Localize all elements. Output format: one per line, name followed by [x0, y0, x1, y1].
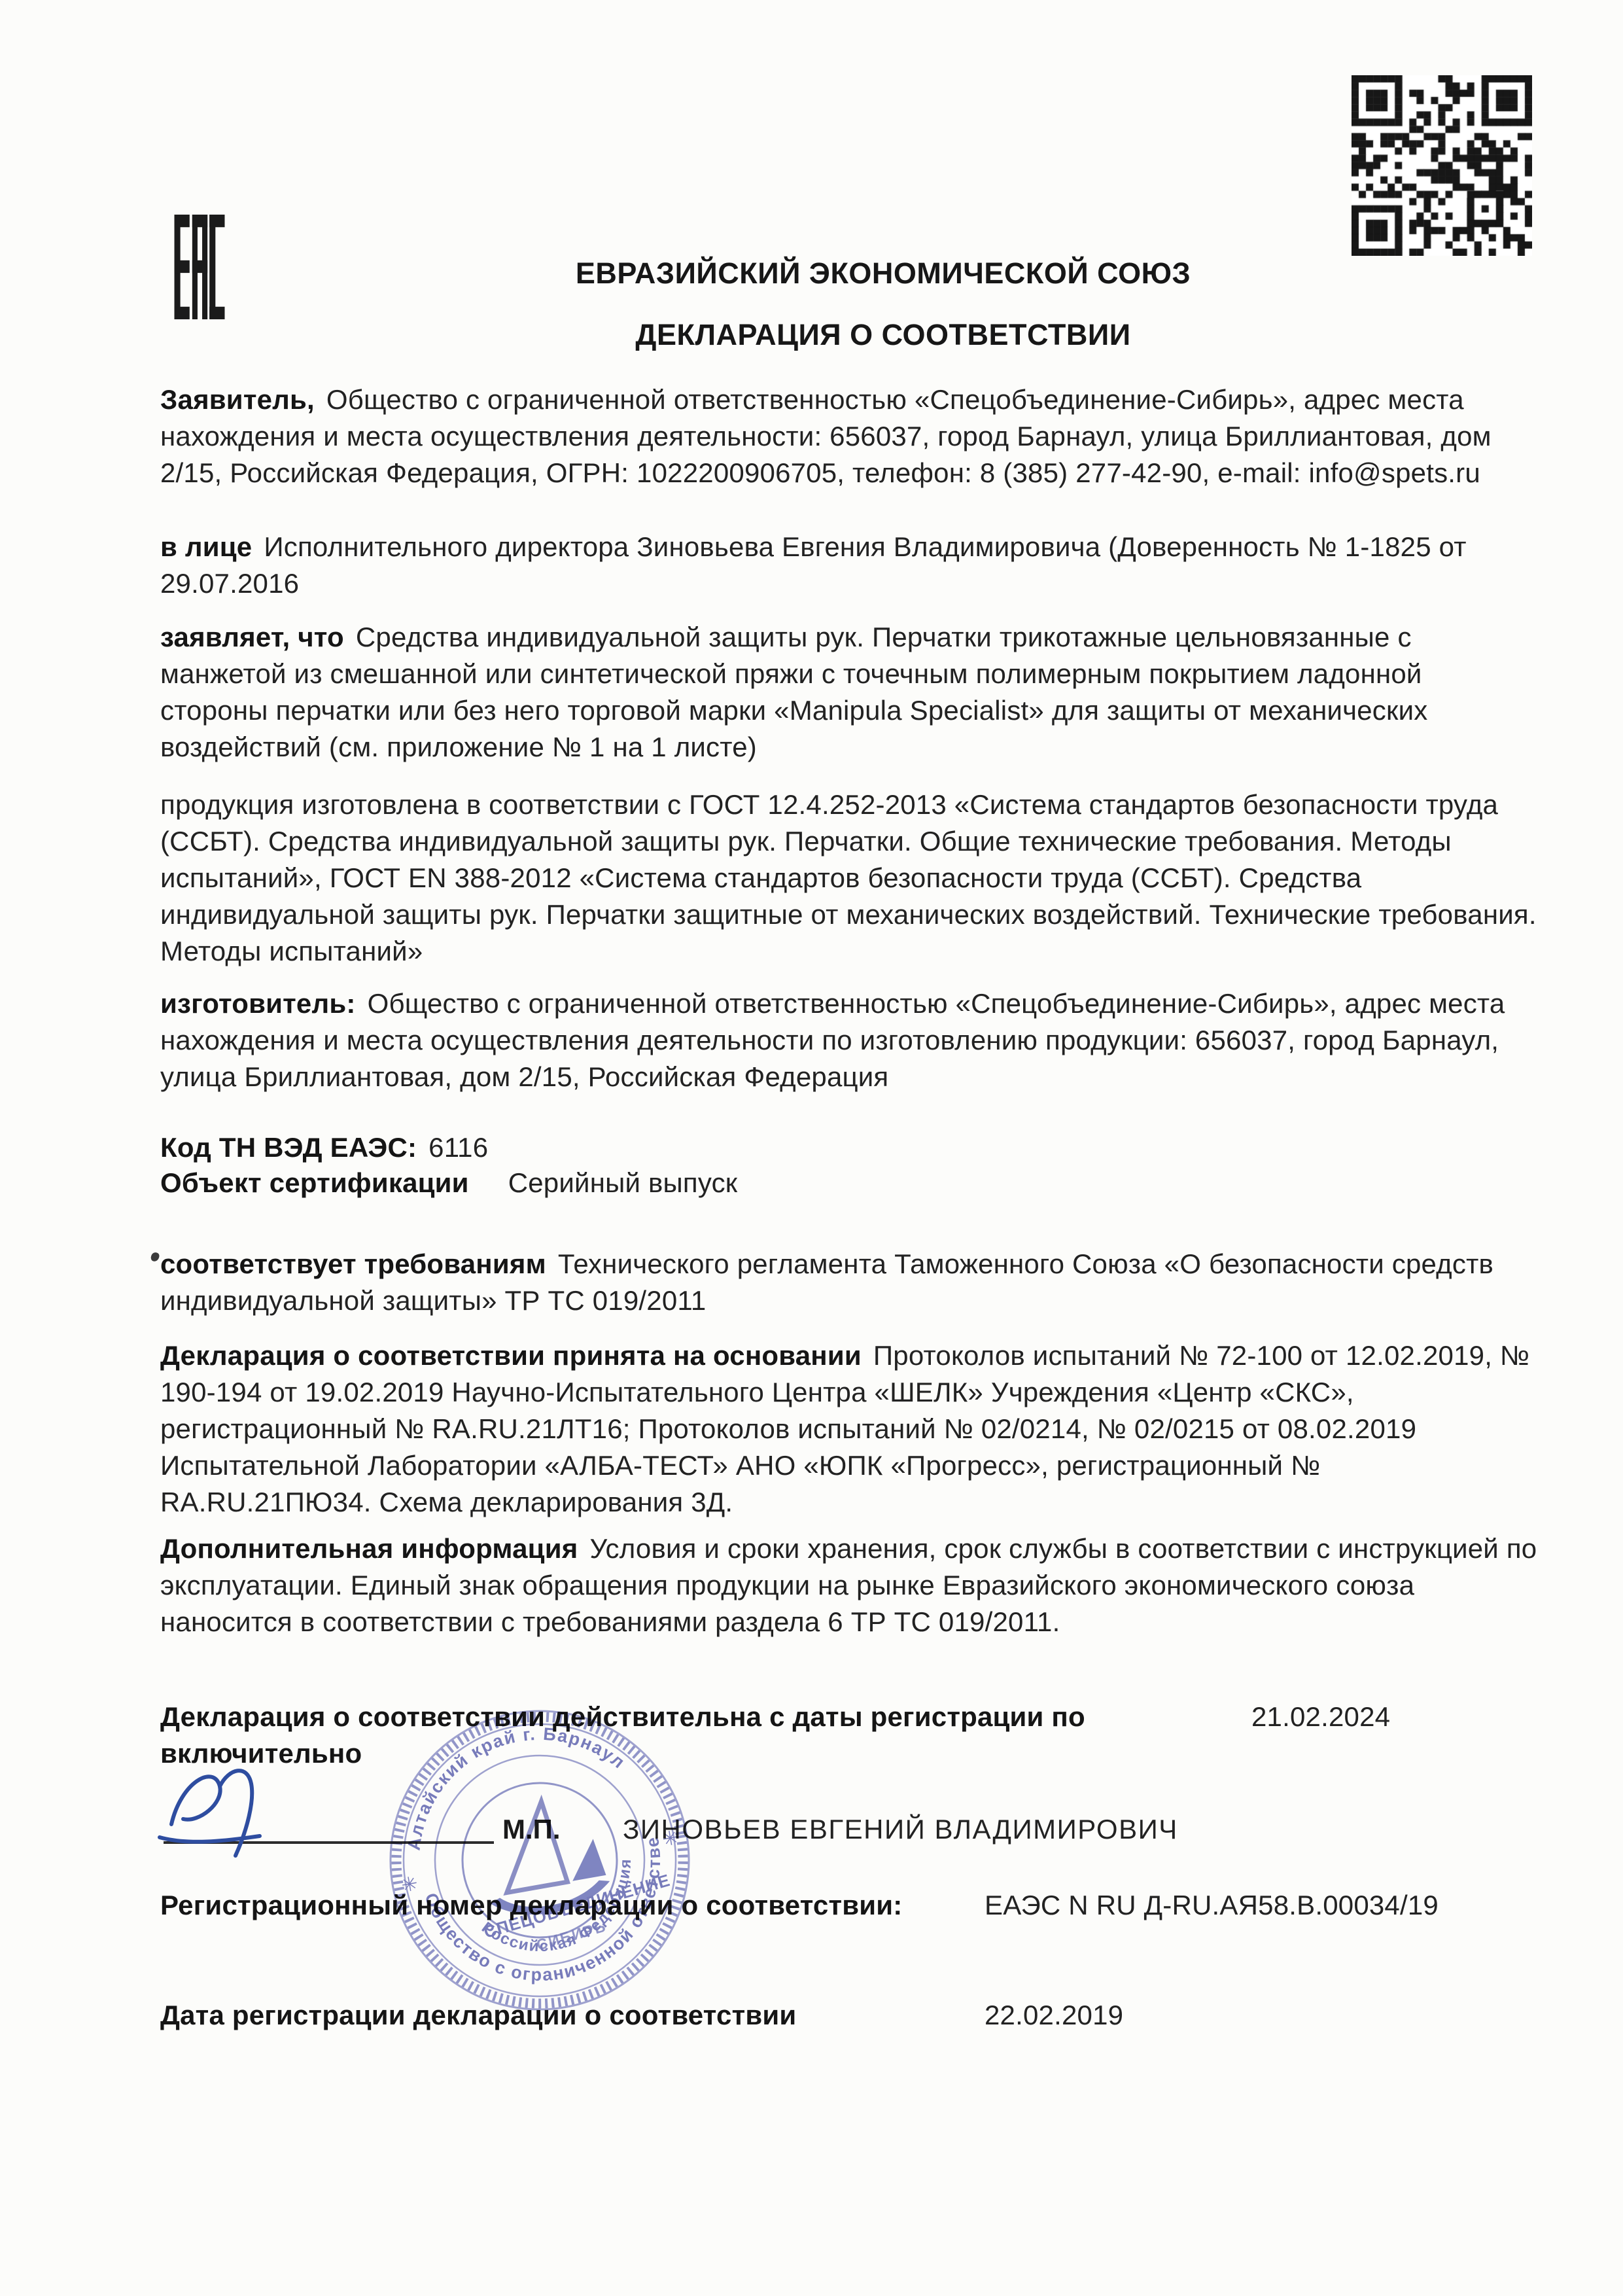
- document-title: ЕВРАЗИЙСКИЙ ЭКОНОМИЧЕСКОЙ СОЮЗ: [160, 256, 1606, 291]
- complies-paragraph: соответствует требованиямТехнического ре…: [160, 1246, 1537, 1319]
- registration-date-value: 22.02.2019: [985, 1997, 1123, 2034]
- signatory-name: ЗИНОВЬЕВ ЕВГЕНИЙ ВЛАДИМИРОВИЧ: [623, 1814, 1178, 1845]
- basis-paragraph: Декларация о соответствии принята на осн…: [160, 1337, 1537, 1521]
- manufactured-text: продукция изготовлена в соответствии с Г…: [160, 789, 1537, 966]
- applicant-paragraph: Заявитель,Общество с ограниченной ответс…: [160, 381, 1537, 491]
- stamp-ring-text-top: Алтайский край г. Барнаул: [387, 1708, 639, 1855]
- registration-number-line: Регистрационный номер декларации о соотв…: [160, 1887, 1537, 1924]
- person-text: Исполнительного директора Зиновьева Евге…: [160, 531, 1467, 599]
- person-paragraph: в лицеИсполнительного директора Зиновьев…: [160, 529, 1537, 602]
- validity-label2: включительно: [160, 1735, 1526, 1772]
- person-label: в лице: [160, 531, 252, 562]
- registration-date-line: Дата регистрации декларации о соответств…: [160, 1997, 1537, 2034]
- scan-artifact-speck: [150, 1251, 160, 1262]
- registration-number-value: ЕАЭС N RU Д-RU.АЯ58.В.00034/19: [985, 1887, 1439, 1924]
- declares-paragraph: заявляет, чтоСредства индивидуальной защ…: [160, 619, 1537, 766]
- cert-object-label: Объект сертификации: [160, 1167, 469, 1198]
- document-subtitle: ДЕКЛАРАЦИЯ О СООТВЕТСТВИИ: [160, 318, 1606, 352]
- additional-info-label: Дополнительная информация: [160, 1533, 578, 1564]
- manufacturer-paragraph: изготовитель:Общество с ограниченной отв…: [160, 985, 1537, 1095]
- applicant-label: Заявитель,: [160, 384, 315, 415]
- declares-label: заявляет, что: [160, 622, 344, 652]
- additional-info-paragraph: Дополнительная информацияУсловия и сроки…: [160, 1530, 1537, 1640]
- complies-label: соответствует требованиям: [160, 1248, 546, 1279]
- validity-date: 21.02.2024: [1251, 1699, 1390, 1735]
- basis-label: Декларация о соответствии принята на осн…: [160, 1340, 862, 1371]
- signature-ink: [152, 1746, 302, 1877]
- cert-object-value: Серийный выпуск: [508, 1167, 738, 1198]
- svg-text:Алтайский край г. Барнаул: Алтайский край г. Барнаул: [387, 1708, 639, 1855]
- declares-text: Средства индивидуальной защиты рук. Перч…: [160, 622, 1427, 762]
- stamp-star-right: ✳: [661, 1827, 680, 1851]
- tnved-label: Код ТН ВЭД ЕАЭС:: [160, 1132, 417, 1163]
- manufacturer-text: Общество с ограниченной ответственностью…: [160, 988, 1505, 1092]
- cert-object-line: Объект сертификацииСерийный выпуск: [160, 1165, 1537, 1201]
- company-stamp: Алтайский край г. Барнаул Общество с огр…: [387, 1708, 692, 2013]
- tnved-value: 6116: [428, 1132, 488, 1163]
- stamp-star-left: ✳: [400, 1873, 419, 1897]
- applicant-text: Общество с ограниченной ответственностью…: [160, 384, 1492, 488]
- manufactured-paragraph: продукция изготовлена в соответствии с Г…: [160, 786, 1537, 970]
- qr-code: [1352, 75, 1532, 256]
- manufacturer-label: изготовитель:: [160, 988, 356, 1019]
- tnved-line: Код ТН ВЭД ЕАЭС:6116: [160, 1129, 1537, 1166]
- scanned-declaration-document: { "header": { "eac_logo": "EAC", "title_…: [0, 0, 1623, 2296]
- document-page: ЕВРАЗИЙСКИЙ ЭКОНОМИЧЕСКОЙ СОЮЗ ДЕКЛАРАЦИ…: [0, 0, 1623, 2296]
- validity-paragraph: Декларация о соответствии действительна …: [160, 1699, 1537, 1772]
